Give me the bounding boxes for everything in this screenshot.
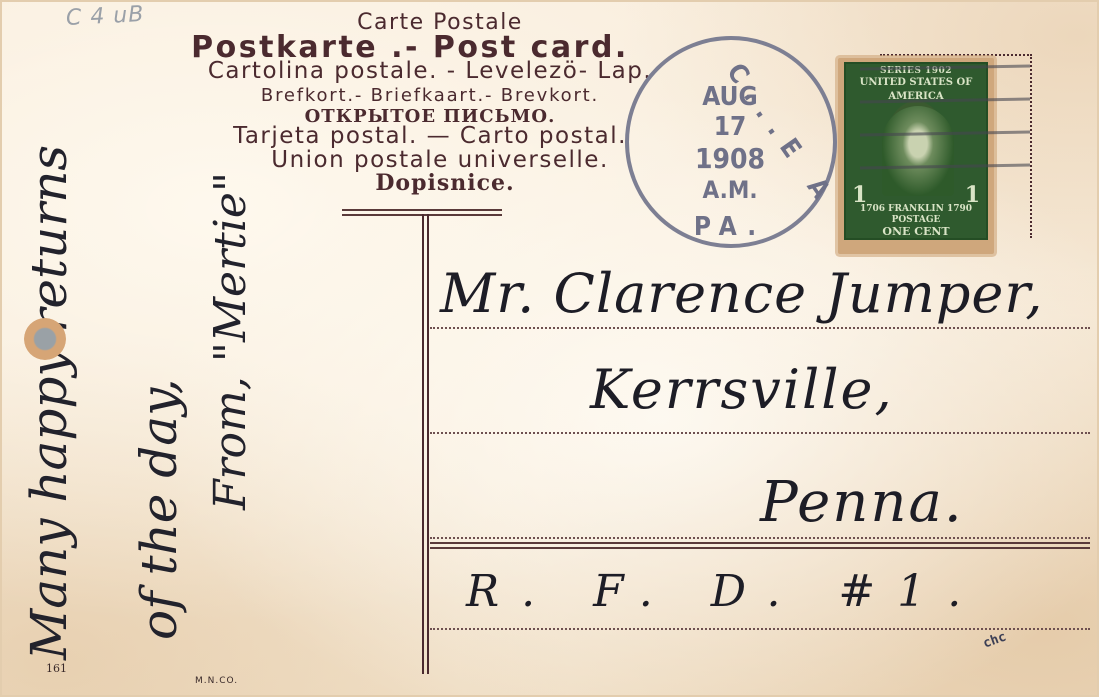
message-signature: From, "Mertie" (205, 172, 256, 510)
publisher-imprint: M.N.CO. (195, 676, 238, 686)
paper-hole-damage (24, 318, 66, 360)
address-rule-2 (430, 547, 1090, 549)
header-brefkort: Brefkort.- Briefkaart.- Brevkort. (150, 85, 710, 106)
address-recipient: Mr. Clarence Jumper, (440, 262, 1043, 325)
center-divider-2 (427, 214, 429, 674)
cancellation-bars (860, 66, 1030, 198)
stamp-denomination: ONE CENT (846, 225, 986, 238)
address-town: Kerrsville, (590, 358, 894, 421)
card-number: 161 (46, 662, 67, 675)
address-line-3 (430, 537, 1090, 539)
address-rural-route: R. F. D. #1. (466, 566, 983, 617)
pencil-inventory-note: C 4 uB (65, 2, 145, 31)
stamp-postage: POSTAGE (846, 215, 986, 225)
message-line-1: Many happy returns (20, 145, 78, 660)
postmark-time: A.M. (690, 176, 770, 204)
stamp-subject: 1706 FRANKLIN 1790 (846, 204, 986, 214)
address-line-4 (430, 628, 1090, 630)
center-divider (422, 214, 424, 674)
postmark-day: 17 (690, 112, 770, 142)
postcard: C 4 uB Carte Postale Postkarte .- Post c… (0, 0, 1099, 697)
postmark-month: AUG (690, 82, 770, 112)
top-divider-rule (342, 209, 502, 211)
postmark-state: PA. (680, 212, 780, 242)
dealer-stamp-mark: chc (981, 629, 1008, 651)
address-line-2 (430, 432, 1090, 434)
address-line-1 (430, 327, 1090, 329)
address-state: Penna. (760, 470, 964, 535)
header-dopisnice: Dopisnice. (320, 170, 570, 196)
address-rule (430, 542, 1090, 544)
postmark-year: 1908 (690, 142, 770, 175)
message-line-2: of the day, (130, 378, 188, 640)
